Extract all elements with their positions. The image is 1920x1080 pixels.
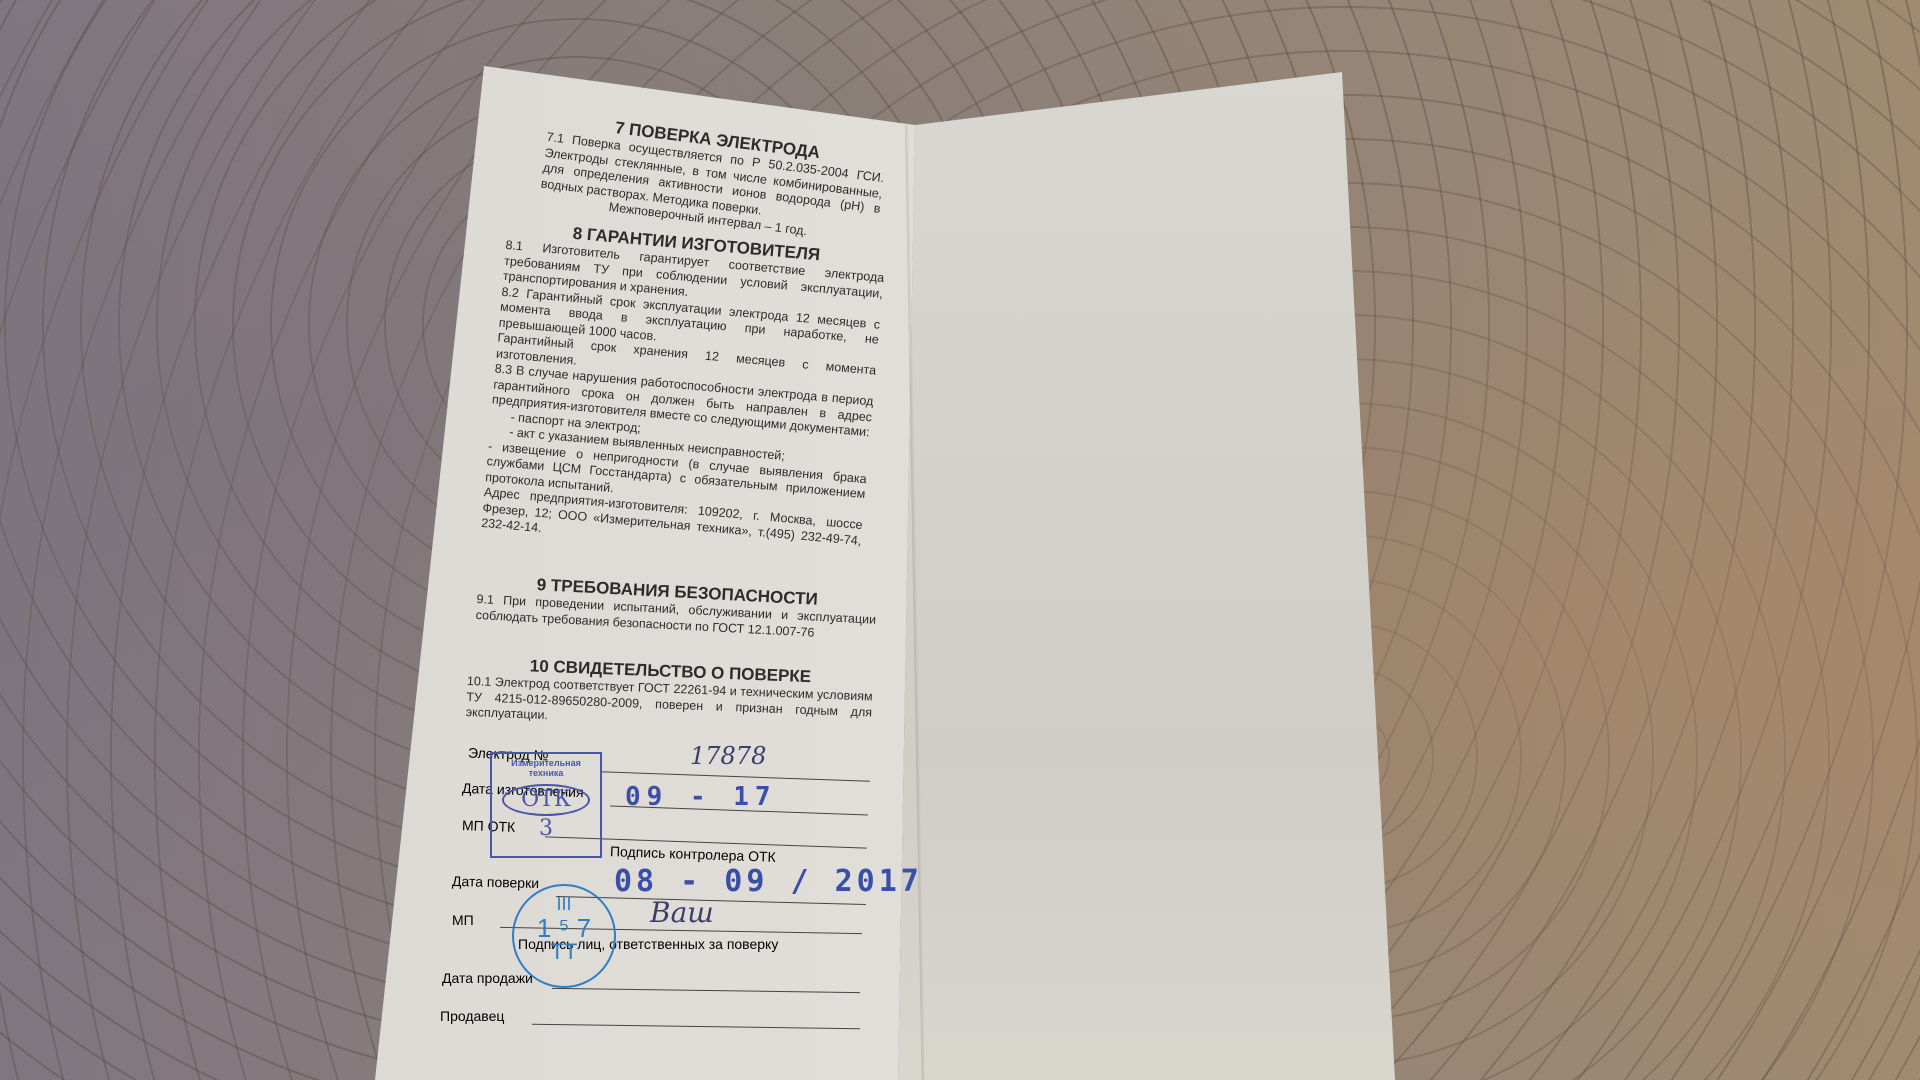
otk-stamp-number: 3 (492, 816, 600, 841)
verifier-signature: Ваш (650, 896, 714, 929)
electrode-number-value: 17878 (690, 742, 766, 770)
verification-date-label: Дата поверки (452, 873, 539, 891)
mp-label: МП (452, 912, 474, 928)
seller-label: Продавец (440, 1008, 504, 1024)
sale-date-label: Дата продажи (442, 970, 533, 986)
verification-stamp-bottom: ТТ (514, 940, 614, 964)
verification-stamp-mid: 1 ⁵ 7 (514, 916, 614, 940)
otk-stamp-oval: ОТК (502, 784, 590, 816)
verification-stamp: III 1 ⁵ 7 ТТ (512, 884, 616, 988)
section-8: 8 ГАРАНТИИ ИЗГОТОВИТЕЛЯ 8.1 Изготовитель… (481, 218, 887, 564)
verification-date-value: 08 - 09 / 2017 (614, 864, 923, 899)
otk-stamp: Измерительная техника ОТК 3 (490, 752, 602, 858)
otk-stamp-second-text: техника (492, 768, 600, 778)
otk-stamp-top-text: Измерительная (492, 758, 600, 768)
manufacture-date-value: 09 - 17 (625, 782, 777, 812)
